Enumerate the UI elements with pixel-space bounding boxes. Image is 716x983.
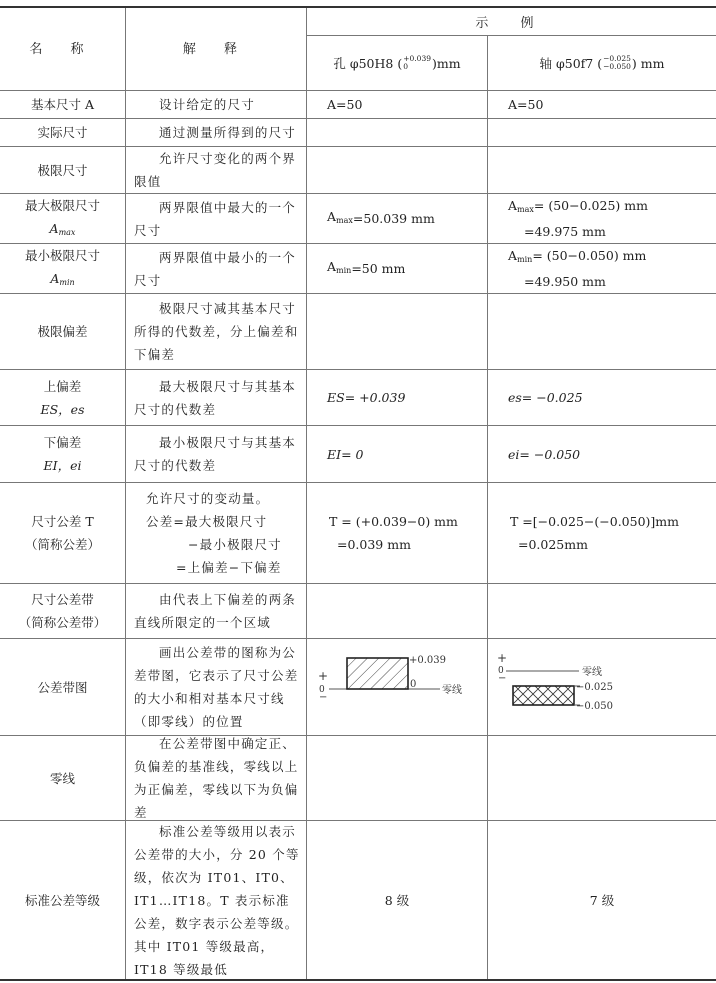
row-explain: 在公差带图中确定正、负偏差的基准线，零线以上为正偏差，零线以下为负偏差 [134,732,300,824]
row-explain: 由代表上下偏差的两条直线所限定的一个区域 [134,588,300,634]
row-hole: EI= 0 [307,426,488,482]
row-name: 最小极限尺寸 Amin [0,244,126,293]
row-hole [307,147,488,193]
row-hole: T = (+0.039−0) mm =0.039 mm [307,483,488,583]
row-explain: 允许尺寸变化的两个界限值 [134,147,300,193]
row-hole [307,736,488,820]
row-shaft: 7 级 [488,821,716,979]
table-row: 实际尺寸 通过测量所得到的尺寸 [0,119,716,147]
row-shaft: A=50 [488,91,716,118]
row-explain: 通过测量所得到的尺寸 [134,121,296,144]
shaft-zone-svg: + 0 − 零线 −0.025 −0.050 [488,639,716,735]
row-name: 极限偏差 [0,294,126,369]
row-explain: 最大极限尺寸与其基本尺寸的代数差 [134,375,300,421]
row-explain: 允许尺寸的变动量。 公差=最大极限尺寸 −最小极限尺寸 =上偏差−下偏差 [126,483,307,583]
row-hole [307,119,488,146]
header-explain: 解 释 [126,8,307,90]
header-hole: 孔 φ50H8 (+0.0390) mm [307,36,488,90]
table-row: 标准公差等级 标准公差等级用以表示公差带的大小，分 20 个等级，依次为 IT0… [0,821,716,979]
row-name: 尺寸公差带 （简称公差带） [0,584,126,638]
svg-text:+: + [318,669,328,683]
row-name: 尺寸公差 T （简称公差） [0,483,126,583]
svg-text:−: − [498,673,506,684]
svg-text:零线: 零线 [582,665,602,678]
svg-text:0: 0 [410,679,416,690]
row-name: 实际尺寸 [0,119,126,146]
header-example-title: 示 例 [307,8,716,36]
table-header: 名 称 解 释 示 例 孔 φ50H8 (+0.0390) mm 轴 φ50f7… [0,8,716,91]
header-example: 示 例 孔 φ50H8 (+0.0390) mm 轴 φ50f7 (−0.025… [307,8,716,90]
row-name: 最大极限尺寸 Amax [0,194,126,243]
hole-zone-svg: + 0 − +0.039 0 零线 [307,639,487,735]
row-shaft [488,584,716,638]
row-shaft [488,119,716,146]
row-shaft: ei= −0.050 [488,426,716,482]
svg-text:−0.050: −0.050 [576,701,613,712]
row-shaft [488,294,716,369]
table-row: 尺寸公差带 （简称公差带） 由代表上下偏差的两条直线所限定的一个区域 [0,584,716,639]
svg-text:−: − [319,692,327,703]
row-explain: 两界限值中最大的一个尺寸 [134,196,300,242]
shaft-tolerance-zone-diagram: + 0 − 零线 −0.025 −0.050 [488,639,716,735]
row-name: 公差带图 [0,639,126,735]
row-name: 上偏差 ES，es [0,370,126,425]
row-explain: 设计给定的尺寸 [134,93,255,116]
table-row: 下偏差 EI，ei 最小极限尺寸与其基本尺寸的代数差 EI= 0 ei= −0.… [0,426,716,483]
row-hole: Amin=50 mm [307,244,488,293]
row-shaft [488,147,716,193]
row-name: 标准公差等级 [0,821,126,979]
row-explain: 最小极限尺寸与其基本尺寸的代数差 [134,431,300,477]
row-name: 基本尺寸 A [0,91,126,118]
table-row: 最小极限尺寸 Amin 两界限值中最小的一个尺寸 Amin=50 mm Amin… [0,244,716,294]
hole-tolerance-zone-diagram: + 0 − +0.039 0 零线 [307,639,488,735]
tolerance-terms-table: 名 称 解 释 示 例 孔 φ50H8 (+0.0390) mm 轴 φ50f7… [0,6,716,981]
row-hole: A=50 [307,91,488,118]
table-row: 尺寸公差 T （简称公差） 允许尺寸的变动量。 公差=最大极限尺寸 −最小极限尺… [0,483,716,584]
row-explain: 标准公差等级用以表示公差带的大小，分 20 个等级，依次为 IT01、IT0、I… [134,820,300,981]
row-explain: 两界限值中最小的一个尺寸 [134,246,300,292]
row-hole: Amax=50.039 mm [307,194,488,243]
row-hole [307,294,488,369]
table-row: 基本尺寸 A 设计给定的尺寸 A=50 A=50 [0,91,716,119]
table-row: 公差带图 画出公差带的图称为公差带图，它表示了尺寸公差的大小和相对基本尺寸线（即… [0,639,716,736]
header-name: 名 称 [0,8,126,90]
row-hole [307,584,488,638]
row-shaft: Amin= (50−0.050) mm =49.950 mm [488,244,716,293]
table-row: 上偏差 ES，es 最大极限尺寸与其基本尺寸的代数差 ES= +0.039 es… [0,370,716,426]
table-row: 极限偏差 极限尺寸减其基本尺寸所得的代数差，分上偏差和下偏差 [0,294,716,370]
row-hole: ES= +0.039 [307,370,488,425]
svg-text:+0.039: +0.039 [409,655,446,666]
row-shaft: Amax= (50−0.025) mm =49.975 mm [488,194,716,243]
row-name: 下偏差 EI，ei [0,426,126,482]
table-row: 最大极限尺寸 Amax 两界限值中最大的一个尺寸 Amax=50.039 mm … [0,194,716,244]
row-shaft: T =[−0.025−(−0.050)]mm =0.025mm [488,483,716,583]
table-row: 零线 在公差带图中确定正、负偏差的基准线，零线以上为正偏差，零线以下为负偏差 [0,736,716,821]
row-name: 零线 [0,736,126,820]
svg-text:−0.025: −0.025 [576,682,613,693]
svg-text:零线: 零线 [442,683,462,696]
shaft-deviation-fraction: −0.025−0.050 [603,55,631,71]
row-shaft [488,736,716,820]
row-hole: 8 级 [307,821,488,979]
row-explain: 极限尺寸减其基本尺寸所得的代数差，分上偏差和下偏差 [134,297,300,366]
row-explain: 画出公差带的图称为公差带图，它表示了尺寸公差的大小和相对基本尺寸线（即零线）的位… [134,641,300,733]
svg-text:+: + [497,651,507,665]
row-name: 极限尺寸 [0,147,126,193]
row-shaft: es= −0.025 [488,370,716,425]
table-row: 极限尺寸 允许尺寸变化的两个界限值 [0,147,716,194]
header-shaft: 轴 φ50f7 (−0.025−0.050) mm [488,36,716,90]
hole-deviation-fraction: +0.0390 [403,55,431,71]
